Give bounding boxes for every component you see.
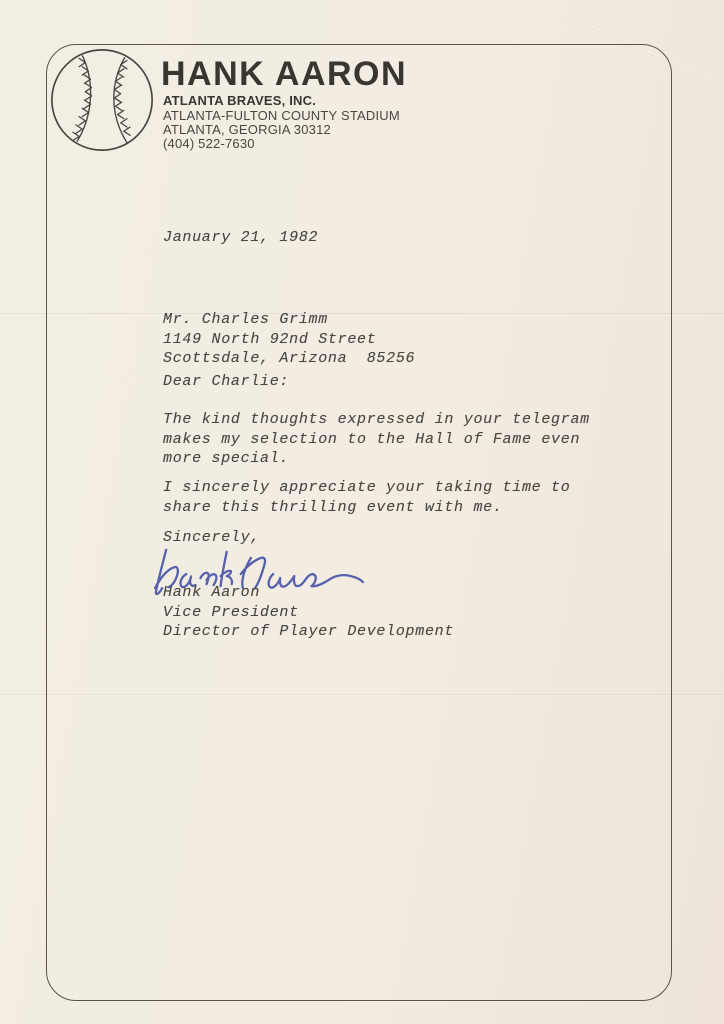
baseball-logo-icon — [50, 48, 154, 152]
letterhead-phone: (404) 522-7630 — [163, 136, 255, 151]
letterhead-city-line: ATLANTA, GEORGIA 30312 — [163, 122, 331, 137]
letterhead-stadium-line: ATLANTA-FULTON COUNTY STADIUM — [163, 108, 400, 123]
body-paragraph-1: The kind thoughts expressed in your tele… — [163, 410, 590, 469]
recipient-address: Mr. Charles Grimm 1149 North 92nd Street… — [163, 310, 415, 369]
signer-block: Hank Aaron Vice President Director of Pl… — [163, 583, 454, 642]
body-paragraph-2: I sincerely appreciate your taking time … — [163, 478, 570, 517]
letter-page: HANK AARON ATLANTA BRAVES, INC. ATLANTA-… — [0, 0, 724, 1024]
letter-date: January 21, 1982 — [163, 228, 318, 248]
salutation: Dear Charlie: — [163, 372, 289, 392]
letterhead-organization: ATLANTA BRAVES, INC. — [163, 93, 316, 108]
page-border-rule — [46, 44, 672, 1001]
letterhead-name: HANK AARON — [161, 55, 407, 94]
